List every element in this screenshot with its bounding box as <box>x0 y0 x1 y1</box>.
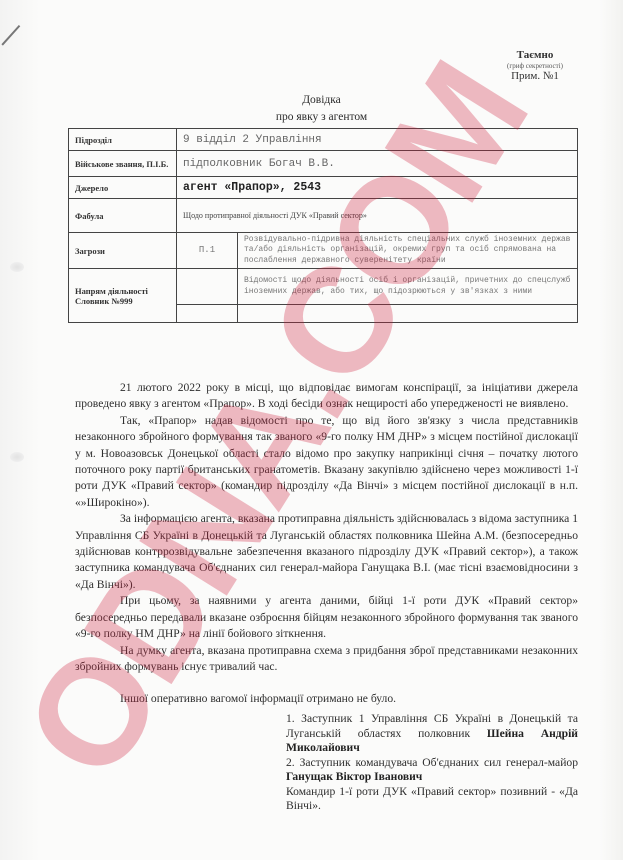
table-row: Військове звання, П.І.Б. підполковник Бо… <box>69 151 578 177</box>
paragraph: Так, «Прапор» надав відомості про те, що… <box>75 413 578 511</box>
row-code-empty <box>177 305 238 323</box>
label-line: Словник №999 <box>75 296 170 306</box>
punch-hole <box>10 262 24 272</box>
row-value: агент «Прапор», 2543 <box>177 177 578 199</box>
classification-block: Таємно (гриф секретності) Прим. №1 <box>505 49 565 82</box>
document-page: Таємно (гриф секретності) Прим. №1 Довід… <box>0 0 623 860</box>
classification-label: Таємно <box>505 49 565 62</box>
table-row: Напрям діяльності Словник №999 Відомості… <box>69 269 578 305</box>
table-row: Підрозділ 9 відділ 2 Управління <box>69 129 578 151</box>
table-row: Джерело агент «Прапор», 2543 <box>69 177 578 199</box>
list-item: Командир 1-ї роти ДУК «Правий сектор» по… <box>286 785 578 814</box>
title-line-1: Довідка <box>20 92 623 109</box>
row-value-empty <box>238 305 578 323</box>
row-label: Напрям діяльності Словник №999 <box>69 269 177 323</box>
list-item: 1. Заступник 1 Управління СБ Україні в Д… <box>286 712 578 756</box>
persons-list: 1. Заступник 1 Управління СБ Україні в Д… <box>286 712 578 814</box>
row-label: Загрози <box>69 233 177 269</box>
person-name: Ганущак Віктор Іванович <box>286 770 422 783</box>
row-value: Щодо протиправної діяльності ДУК «Правий… <box>177 199 578 233</box>
row-value: Відомості щодо діяльності осіб і організ… <box>238 269 578 305</box>
row-label: Фабула <box>69 199 177 233</box>
title-line-2: про явку з агентом <box>20 109 623 126</box>
meeting-form-table: Підрозділ 9 відділ 2 Управління Військов… <box>68 128 578 323</box>
row-label: Джерело <box>69 177 177 199</box>
row-code <box>177 269 238 305</box>
punch-hole <box>10 452 24 462</box>
report-body: 21 лютого 2022 року в місці, що відповід… <box>75 380 578 708</box>
list-item: 2. Заступник командувача Об'єднаних сил … <box>286 756 578 785</box>
paragraph: За інформацією агента, вказана протиправ… <box>75 511 578 593</box>
paragraph: Іншої оперативно вагомої інформації отри… <box>75 691 578 707</box>
item-text: 2. Заступник командувача Об'єднаних сил … <box>286 756 578 769</box>
row-value: Розвідувально-підривна діяльність спеціа… <box>238 233 578 269</box>
row-value: підполковник Богач В.В. <box>177 151 578 177</box>
paragraph: При цьому, за наявними у агента даними, … <box>75 593 578 642</box>
paragraph: 21 лютого 2022 року в місці, що відповід… <box>75 380 578 413</box>
classification-note: (гриф секретності) <box>505 62 565 70</box>
document-title: Довідка про явку з агентом <box>0 92 623 125</box>
table-row: Фабула Щодо протиправної діяльності ДУК … <box>69 199 578 233</box>
row-label: Військове звання, П.І.Б. <box>69 151 177 177</box>
label-line: Напрям діяльності <box>75 286 170 296</box>
copy-number: Прим. №1 <box>505 70 565 83</box>
paragraph: На думку агента, вказана протиправна схе… <box>75 643 578 676</box>
row-code: П.1 <box>177 233 238 269</box>
row-value: 9 відділ 2 Управління <box>177 129 578 151</box>
row-label: Підрозділ <box>69 129 177 151</box>
table-row: Загрози П.1 Розвідувально-підривна діяль… <box>69 233 578 269</box>
